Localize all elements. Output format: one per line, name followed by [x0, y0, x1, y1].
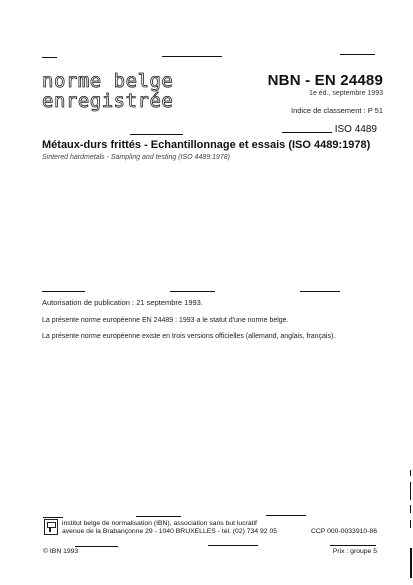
divider	[162, 56, 222, 57]
iso-reference: ISO 4489	[335, 124, 377, 135]
standard-code: NBN - EN 24489	[268, 72, 383, 89]
scan-edge	[410, 470, 411, 476]
document-title-english: Sintered hardmetals - Sampling and testi…	[42, 154, 230, 161]
divider	[170, 291, 215, 292]
postal-account: CCP 000-0033910-86	[311, 528, 377, 535]
institute-address: avenue de la Brabançonne 29 - 1040 BRUXE…	[62, 528, 277, 535]
document-title: Métaux-durs frittés - Echantillonnage et…	[42, 139, 370, 151]
divider	[42, 291, 85, 292]
divider	[300, 291, 340, 292]
divider	[266, 515, 306, 516]
doc-type-line1: norme belge	[42, 72, 173, 91]
doc-type-line2: enregistrée	[42, 92, 173, 111]
divider	[75, 546, 118, 547]
divider	[208, 545, 258, 546]
scan-edge	[410, 482, 411, 500]
scan-edge	[410, 548, 412, 578]
ibn-logo-icon	[44, 519, 58, 535]
divider	[330, 545, 376, 546]
copyright: © IBN 1993	[43, 548, 78, 555]
scan-edge	[410, 520, 411, 528]
price-group: Prix : groupe 5	[333, 548, 377, 555]
classification-index: Indice de classement : P 51	[291, 107, 383, 115]
divider	[43, 517, 63, 518]
edition-date: 1e éd., septembre 1993	[309, 90, 383, 98]
versions-statement: La présente norme européenne existe en t…	[42, 333, 335, 340]
divider	[136, 516, 181, 517]
divider	[340, 54, 375, 55]
institute-name: institut belge de normalisation (IBN), a…	[62, 520, 257, 527]
divider	[282, 132, 332, 133]
divider	[130, 134, 183, 135]
divider	[42, 57, 57, 58]
authorization-date: Autorisation de publication : 21 septemb…	[42, 298, 203, 307]
status-statement: La présente norme européenne EN 24489 : …	[42, 317, 289, 324]
scan-edge	[410, 505, 411, 513]
